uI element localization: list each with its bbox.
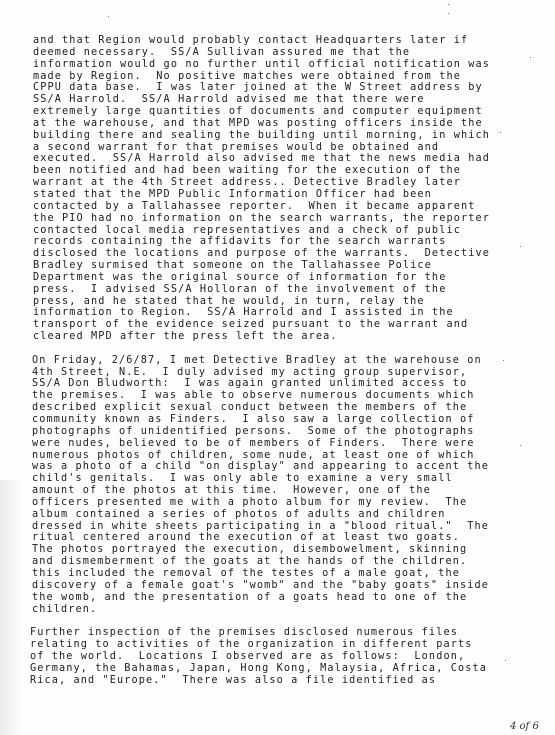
text-line: photographs of unidentified persons. Som… — [32, 426, 548, 438]
paragraph-3: Further inspection of the premises discl… — [30, 627, 548, 686]
text-line: executed. SS/A Harrold also advised me t… — [33, 153, 548, 165]
scan-shadow — [0, 480, 22, 735]
text-line: warrant at the 4th Street address.. Dete… — [33, 177, 548, 189]
text-line: Bradley surmised that someone on the Tal… — [33, 260, 548, 272]
scan-speck — [505, 660, 506, 661]
text-line: and that Region would probably contact H… — [33, 35, 548, 47]
text-line: and dismemberment of the goats at the ha… — [32, 556, 548, 568]
text-line: press, and he stated that he would, in t… — [33, 296, 548, 308]
text-line: child's genitals. I was only able to exa… — [32, 473, 548, 485]
text-line: Department was the original source of in… — [33, 272, 548, 284]
text-line: Further inspection of the premises discl… — [30, 627, 548, 639]
text-line: deemed necessary. SS/A Sullivan assured … — [33, 47, 548, 59]
paragraph-1: and that Region would probably contact H… — [33, 35, 548, 343]
text-line: cleared MPD after the press left the are… — [33, 331, 548, 343]
text-line: ritual centered around the execution of … — [32, 532, 548, 544]
scan-speck — [448, 13, 449, 14]
text-line: community known as Finders. I also saw a… — [32, 414, 548, 426]
text-line: Rica, and "Europe." There was also a fil… — [30, 675, 548, 687]
text-line: amount of the photos at this time. Howev… — [32, 485, 548, 497]
text-line: at the warehouse, and that MPD was posti… — [33, 118, 548, 130]
text-line: CPPU data base. I was later joined at th… — [33, 82, 548, 94]
scan-speck — [530, 57, 531, 58]
text-line: extremely large quantities of documents … — [33, 106, 548, 118]
text-line: album contained a series of photos of ad… — [32, 509, 548, 521]
text-line: this included the removal of the testes … — [32, 568, 548, 580]
text-line: records containing the affidavits for th… — [33, 236, 548, 248]
text-line: discovery of a female goat's "womb" and … — [32, 580, 548, 592]
text-line: disclosed the locations and purpose of t… — [33, 248, 548, 260]
text-line: described explicit sexual conduct betwee… — [32, 402, 548, 414]
paragraph-gap — [33, 343, 548, 355]
text-line: 4th Street, N.E. I duly advised my actin… — [32, 367, 548, 379]
text-line: SS/A Don Bludworth: I was again granted … — [32, 378, 548, 390]
scan-speck — [503, 360, 504, 361]
text-line: relating to activities of the organizati… — [30, 639, 548, 651]
scan-speck — [520, 445, 521, 446]
paragraph-2: On Friday, 2/6/87, I met Detective Bradl… — [32, 355, 548, 616]
paragraph-gap — [33, 615, 548, 627]
text-line: made by Region. No positive matches were… — [33, 71, 548, 83]
text-line: information to Region. SS/A Harrold and … — [33, 307, 548, 319]
text-line: were nudes, believed to be of members of… — [32, 438, 548, 450]
text-line: Germany, the Bahamas, Japan, Hong Kong, … — [30, 663, 548, 675]
text-line: contacted local media representatives an… — [33, 225, 548, 237]
scan-speck — [448, 4, 449, 5]
text-line: information would go no further until of… — [33, 59, 548, 71]
text-line: transport of the evidence seized pursuan… — [33, 319, 548, 331]
text-line: The photos portrayed the execution, dise… — [32, 544, 548, 556]
text-line: the premises. I was able to observe nume… — [32, 390, 548, 402]
scan-speck — [500, 132, 501, 133]
text-line: stated that the MPD Public Information O… — [33, 189, 548, 201]
scan-speck — [520, 246, 521, 247]
text-line: dressed in white sheets participating in… — [32, 521, 548, 533]
text-line: numerous photos of children, some nude, … — [32, 450, 548, 462]
scan-speck — [108, 16, 109, 17]
text-line: officers presented me with a photo album… — [32, 497, 548, 509]
document-page: and that Region would probably contact H… — [0, 0, 555, 735]
text-line: been notified and had been waiting for t… — [33, 165, 548, 177]
page-number: 4 of 6 — [510, 721, 539, 732]
text-line: was a photo of a child "on display" and … — [32, 461, 548, 473]
text-line: contacted by a Tallahassee reporter. Whe… — [33, 201, 548, 213]
document-body: and that Region would probably contact H… — [33, 35, 548, 686]
text-line: a second warrant for that premises would… — [33, 142, 548, 154]
text-line: building there and sealing the building … — [33, 130, 548, 142]
text-line: press. I advised SS/A Holloran of the in… — [33, 284, 548, 296]
text-line: SS/A Harrold. SS/A Harrold advised me th… — [33, 94, 548, 106]
text-line: of the world. Locations I observed are a… — [30, 651, 548, 663]
text-line: the PIO had no information on the search… — [33, 213, 548, 225]
text-line: On Friday, 2/6/87, I met Detective Bradl… — [32, 355, 548, 367]
text-line: the womb, and the presentation of a goat… — [32, 592, 548, 604]
text-line: children. — [32, 604, 548, 616]
